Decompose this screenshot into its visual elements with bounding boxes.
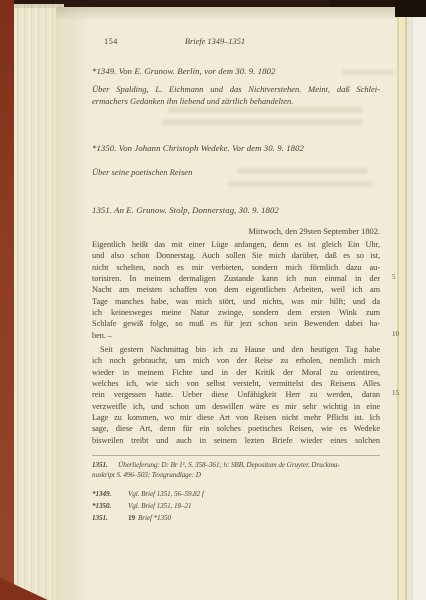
text-line: ich keinesweges meine Natur zwinge, sond… bbox=[92, 307, 380, 318]
text-line: welches ich, wie sich von selbst versteh… bbox=[92, 378, 380, 389]
text-line: ermachers Gedanken ihn liebend und zärtl… bbox=[92, 96, 380, 108]
letter-1351-paragraph-1: Eigentlich heißt das mit einer Lüge anfa… bbox=[92, 239, 380, 341]
letter-1350-heading: *1350. Von Johann Christoph Wedeke. Vor … bbox=[92, 143, 304, 153]
text-line: torisiren. In meinem dermaligen Zustande… bbox=[92, 273, 380, 284]
text-line: Über seine poetischen Reisen bbox=[92, 167, 380, 179]
show-through-ghost bbox=[168, 107, 363, 113]
show-through-ghost bbox=[342, 70, 394, 75]
book-page-photo: 154 Briefe 1349–1351 *1349. Von E. Gruno… bbox=[0, 0, 426, 600]
apparatus-text: Brief *1350 bbox=[138, 514, 171, 522]
apparatus-text: nuskript S. 496–503; Textgrundlage: D bbox=[92, 471, 201, 479]
letter-1351-heading: 1351. An E. Grunow. Stolp, Donnerstag, 3… bbox=[92, 205, 279, 215]
letter-1350-summary: Über seine poetischen Reisen bbox=[92, 167, 380, 179]
text-line: bisweilen treibt und auch in seinem lezt… bbox=[92, 435, 380, 446]
text-line: Nacht am meisten schaffen von dem eigent… bbox=[92, 284, 380, 295]
letter-1351-paragraph-2: Seit gestern Nachmittag bin ich zu Hause… bbox=[92, 344, 380, 446]
text-line: und also schon Donnerstag. Auch sollen S… bbox=[92, 250, 380, 261]
margin-line-number: 10 bbox=[392, 330, 399, 338]
apparatus-text: Vgl. Brief 1351, 56–59.82 f bbox=[128, 490, 204, 498]
letter-1349-summary: Über Spalding, L. Eichmann und das Nicht… bbox=[92, 84, 380, 107]
text-line: sage, diese Art, denn für ein solches po… bbox=[92, 423, 380, 434]
margin-line-number: 5 bbox=[392, 273, 396, 281]
facing-page-edge bbox=[412, 0, 426, 600]
text-line: Schlafe gewiß folge, so muß es für jezt … bbox=[92, 318, 380, 329]
show-through-ghost bbox=[162, 119, 362, 125]
apparatus-entry: *1350.Vgl. Brief 1351, 18–21 bbox=[92, 501, 388, 511]
text-line: ben. – bbox=[92, 330, 380, 341]
book-cover-edge bbox=[0, 0, 14, 600]
margin-line-number: 15 bbox=[392, 389, 399, 397]
apparatus-entry-continuation: nuskript S. 496–503; Textgrundlage: D bbox=[92, 470, 388, 480]
text-line: Über Spalding, L. Eichmann und das Nicht… bbox=[92, 84, 380, 96]
apparatus-label: *1349. bbox=[92, 489, 128, 499]
apparatus-entry: 1351.19Brief *1350 bbox=[92, 513, 388, 523]
gutter-top-shadow bbox=[395, 0, 426, 17]
text-line: wieder in meinem Fichte und in der Kriti… bbox=[92, 367, 380, 378]
text-line: Seit gestern Nachmittag bin ich zu Hause… bbox=[92, 344, 380, 355]
text-line: Eigentlich heißt das mit einer Lüge anfa… bbox=[92, 239, 380, 250]
running-head: Briefe 1349–1351 bbox=[150, 37, 280, 46]
apparatus-label: 1351. bbox=[92, 513, 128, 523]
footnote-divider-rule bbox=[92, 455, 380, 456]
letter-1351-dateline: Mittwoch, den 29sten September 1802. bbox=[92, 227, 380, 236]
letter-1349-heading: *1349. Von E. Grunow. Berlin, vor dem 30… bbox=[92, 66, 276, 76]
text-line: verzweifle ich, und schon um deswillen w… bbox=[92, 401, 380, 412]
text-line: nicht schelten, noch es mir verbieten, s… bbox=[92, 262, 380, 273]
apparatus-entry: *1349.Vgl. Brief 1351, 56–59.82 f bbox=[92, 489, 388, 499]
text-line: Lage zu kommen, wo mir diese Art von Rei… bbox=[92, 412, 380, 423]
apparatus-entry: 1351.Überlieferung: D: Br 1¹, S. 358–361… bbox=[92, 460, 388, 470]
apparatus-label: *1350. bbox=[92, 501, 128, 511]
show-through-ghost bbox=[228, 181, 373, 187]
page-number: 154 bbox=[104, 37, 118, 46]
text-line: rein vergessen hatte. Ueber diese Unfähi… bbox=[92, 389, 380, 400]
text-line: ich noch gebraucht, um mich von der Reis… bbox=[92, 355, 380, 366]
text-line: Tage manches habe, was mich stört, und n… bbox=[92, 296, 380, 307]
page-gutter bbox=[397, 0, 412, 600]
apparatus-label: 1351. bbox=[92, 460, 118, 470]
apparatus-text: Vgl. Brief 1351, 18–21 bbox=[128, 502, 191, 510]
apparatus-text: Überlieferung: D: Br 1¹, S. 358–361; h: … bbox=[118, 461, 340, 469]
apparatus-line-ref: 19 bbox=[128, 514, 138, 522]
